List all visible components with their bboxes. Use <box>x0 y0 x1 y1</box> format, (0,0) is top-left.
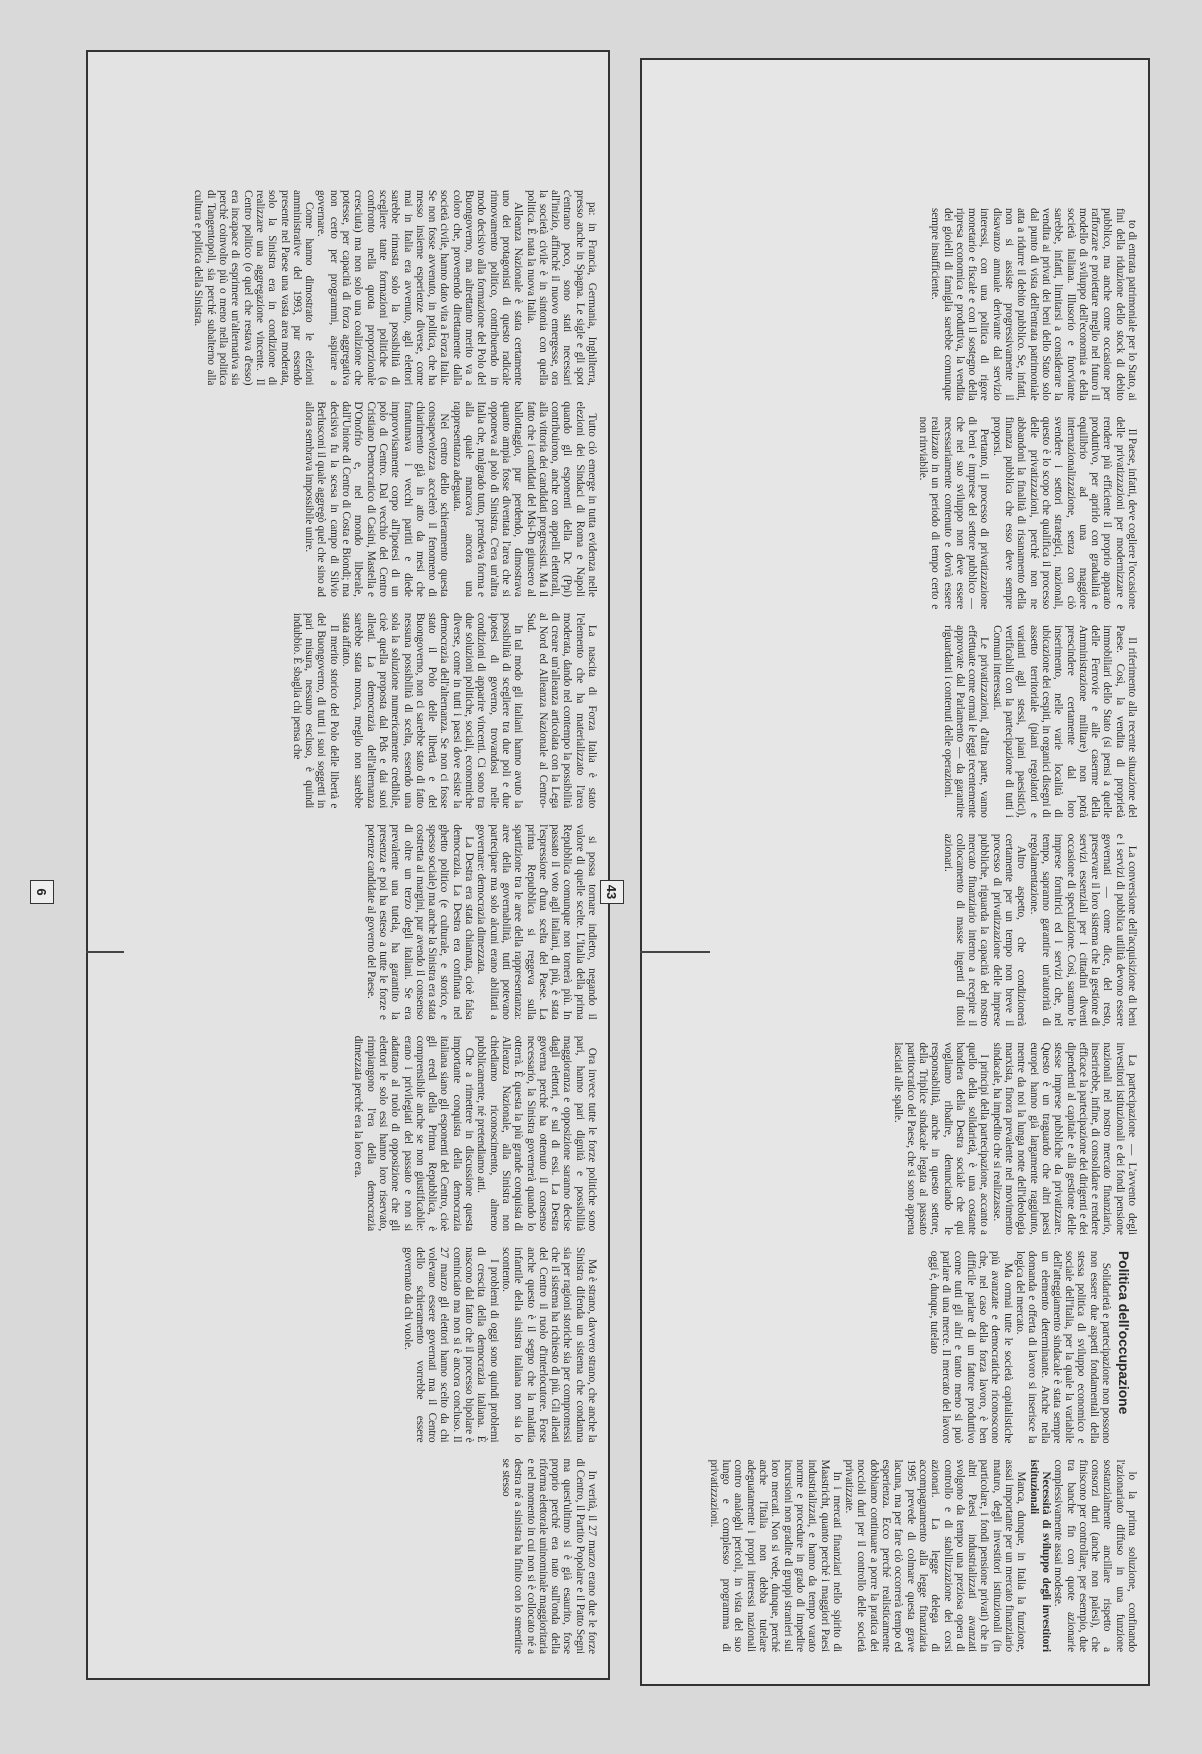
paragraph: La Destra era stata chiamata, cioè falsa… <box>364 824 475 1019</box>
paragraph: si possa tornare indietro, negando il va… <box>475 824 598 1019</box>
text-column: Tutto ciò emerge in tutta evidenza nelle… <box>108 401 598 596</box>
paragraph: Il merito storico del Polo delle libertà… <box>291 613 340 808</box>
paragraph: Ma è strano, davvero strano, che anche l… <box>500 1247 598 1442</box>
left-page: pa: in Francia, Germania, Inghilterra, p… <box>86 50 610 1680</box>
paragraph: In verità, il 27 marzo erano due le forz… <box>500 1459 598 1654</box>
right-page-columns: to di entrata patrimoniale per lo Stato,… <box>658 200 1138 1660</box>
text-column: si possa tornare indietro, negando il va… <box>108 824 598 1019</box>
paragraph: Ora invece tutte le forze politiche sono… <box>475 1036 598 1231</box>
page-number-rule-left <box>86 951 124 953</box>
page-number-left: 6 <box>30 880 54 904</box>
paragraph: to di entrata patrimoniale per lo Stato,… <box>929 208 1138 401</box>
paragraph: La conversione dell'acquisizione di beni… <box>1027 834 1138 1027</box>
text-column: Il Paese, infatti, deve cogliere l'occas… <box>658 417 1138 610</box>
paragraph: lo la prima soluzione, confinando l'azio… <box>1052 1459 1138 1652</box>
paragraph: Tutto ciò emerge in tutta evidenza nelle… <box>450 401 598 596</box>
text-column: La partecipazione — L'avvento degli inve… <box>658 1042 1138 1235</box>
section-heading: Politica dell'occupazione <box>1116 1251 1132 1444</box>
paragraph: I problemi di oggi sono quindi problemi … <box>401 1247 499 1442</box>
text-column: lo la prima soluzione, confinando l'azio… <box>658 1459 1138 1652</box>
paragraph: Pertanto, il processo di privatizzazione… <box>917 417 991 610</box>
paragraph: Alleanza Nazionale è stata certamente un… <box>315 190 524 385</box>
text-column: pa: in Francia, Germania, Inghilterra, p… <box>108 190 598 385</box>
subsection-heading: Necessità di sviluppo degli investitori … <box>1027 1459 1052 1652</box>
paragraph: In tal modo gli italiani hanno avuto la … <box>340 613 524 808</box>
text-column: Ma è strano, davvero strano, che anche l… <box>108 1247 598 1442</box>
text-column: La nascita di Forza Italia è stato l'ele… <box>108 613 598 808</box>
text-column: Ora invece tutte le forze politiche sono… <box>108 1036 598 1231</box>
paragraph: Altro aspetto, che condizionerà certamen… <box>941 834 1027 1027</box>
text-column: La conversione dell'acquisizione di beni… <box>658 834 1138 1027</box>
paragraph: Il Paese, infatti, deve cogliere l'occas… <box>990 417 1138 610</box>
paragraph: Solidarietà e partecipazione non possono… <box>1014 1251 1112 1444</box>
paragraph: pa: in Francia, Germania, Inghilterra, p… <box>524 190 598 385</box>
paragraph: Manca, dunque, in Italia la funzione, as… <box>843 1459 1027 1652</box>
text-column: to di entrata patrimoniale per lo Stato,… <box>658 208 1138 401</box>
text-column: In verità, il 27 marzo erano due le forz… <box>108 1459 598 1654</box>
paragraph: Il riferimento alla recente situazione d… <box>990 625 1138 818</box>
text-column: Il riferimento alla recente situazione d… <box>658 625 1138 818</box>
page-number-rule-right <box>640 951 710 953</box>
text-column: Politica dell'occupazioneSolidarietà e p… <box>658 1251 1138 1444</box>
paragraph: Che a rimettere in discussione questa im… <box>352 1036 475 1231</box>
paragraph: I principi della partecipazione, accanto… <box>892 1042 990 1235</box>
paragraph: La partecipazione — L'avvento degli inve… <box>990 1042 1138 1235</box>
paragraph: La nascita di Forza Italia è stato l'ele… <box>524 613 598 808</box>
paragraph: Le privatizzazioni, d'altra parte, vanno… <box>941 625 990 818</box>
paragraph: Ma ormai tutte le società capitalistiche… <box>928 1251 1014 1444</box>
right-page: to di entrata patrimoniale per lo Stato,… <box>640 58 1150 1686</box>
paragraph: Come hanno dimostrato le elezioni ammini… <box>192 190 315 385</box>
paragraph: Nel centro dello schieramento questa con… <box>303 401 451 596</box>
page-number-right: 43 <box>600 880 624 904</box>
paragraph: In i mercati finanziari nello spirito di… <box>708 1459 843 1652</box>
left-page-columns: pa: in Francia, Germania, Inghilterra, p… <box>108 182 598 1662</box>
